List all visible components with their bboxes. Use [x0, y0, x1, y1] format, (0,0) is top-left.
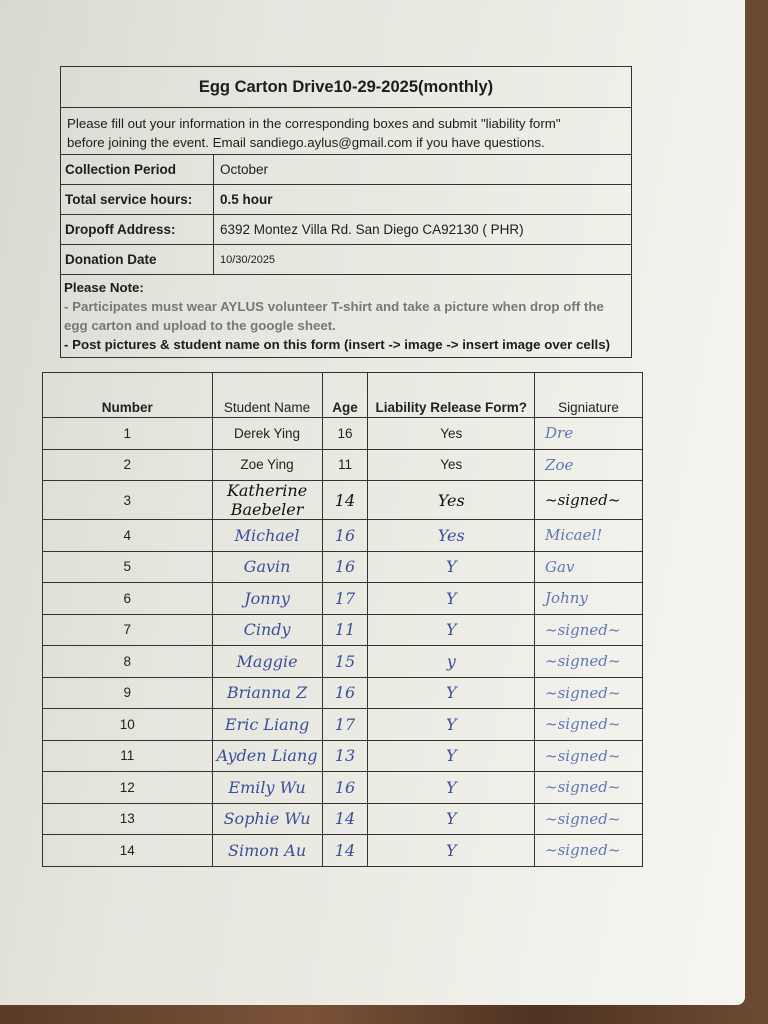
note-item-2: - Post pictures & student name on this f… [64, 335, 627, 354]
row-number: 4 [43, 520, 213, 552]
student-name: Katherine Baebeler [212, 481, 322, 520]
table-row: 9Brianna Z16Y~signed~ [43, 677, 643, 709]
student-age: 14 [322, 803, 368, 835]
table-row: 11Ayden Liang13Y~signed~ [43, 740, 643, 772]
student-age: 11 [322, 449, 368, 481]
table-row: 10Eric Liang17Y~signed~ [43, 709, 643, 741]
signature: Gav [535, 551, 643, 583]
signature: ~signed~ [535, 709, 643, 741]
student-name: Zoe Ying [212, 449, 322, 481]
table-row: 4Michael16YesMicael! [43, 520, 643, 552]
student-name: Michael [212, 520, 322, 552]
table-row: 5Gavin16YGav [43, 551, 643, 583]
student-name: Sophie Wu [212, 803, 322, 835]
please-note-section: Please Note: - Participates must wear AY… [60, 275, 632, 358]
signature: Johny [535, 583, 643, 615]
liability-form-status: Y [368, 740, 535, 772]
header-age: Age [322, 373, 368, 418]
liability-form-status: Y [368, 551, 535, 583]
signature: ~signed~ [535, 772, 643, 804]
liability-form-status: y [368, 646, 535, 678]
student-age: 11 [322, 614, 368, 646]
field-service-hours: Total service hours: 0.5 hour [60, 185, 632, 215]
instructions-line-1: Please fill out your information in the … [67, 114, 627, 133]
liability-form-status: Y [368, 772, 535, 804]
student-age: 13 [322, 740, 368, 772]
field-value: 6392 Montez Villa Rd. San Diego CA92130 … [214, 222, 524, 237]
student-age: 14 [322, 835, 368, 867]
header-liability: Liability Release Form? [368, 373, 535, 418]
field-collection-period: Collection Period October [60, 155, 632, 185]
signup-form: Egg Carton Drive10-29-2025(monthly) Plea… [60, 66, 632, 358]
signature: ~signed~ [535, 677, 643, 709]
student-age: 17 [322, 583, 368, 615]
table-row: 3Katherine Baebeler14Yes~signed~ [43, 481, 643, 520]
table-row: 7Cindy11Y~signed~ [43, 614, 643, 646]
row-number: 8 [43, 646, 213, 678]
liability-form-status: Y [368, 803, 535, 835]
student-age: 16 [322, 520, 368, 552]
signature: Dre [535, 418, 643, 450]
field-label: Collection Period [61, 155, 214, 184]
row-number: 3 [43, 481, 213, 520]
table-row: 12Emily Wu16Y~signed~ [43, 772, 643, 804]
field-label: Dropoff Address: [61, 215, 214, 244]
header-student-name: Student Name [212, 373, 322, 418]
note-item-1: - Participates must wear AYLUS volunteer… [64, 297, 627, 335]
field-value: 10/30/2025 [214, 254, 275, 266]
student-name: Eric Liang [212, 709, 322, 741]
table-header-row: Number Student Name Age Liability Releas… [43, 373, 643, 418]
signature: ~signed~ [535, 835, 643, 867]
student-name: Cindy [212, 614, 322, 646]
student-age: 15 [322, 646, 368, 678]
signature: ~signed~ [535, 614, 643, 646]
liability-form-status: Yes [368, 520, 535, 552]
signature: ~signed~ [535, 740, 643, 772]
liability-form-status: Yes [368, 418, 535, 450]
row-number: 14 [43, 835, 213, 867]
student-age: 16 [322, 551, 368, 583]
field-dropoff-address: Dropoff Address: 6392 Montez Villa Rd. S… [60, 215, 632, 245]
field-label: Donation Date [61, 245, 214, 274]
student-name: Jonny [212, 583, 322, 615]
student-age: 14 [322, 481, 368, 520]
liability-form-status: Y [368, 677, 535, 709]
liability-form-status: Y [368, 709, 535, 741]
row-number: 1 [43, 418, 213, 450]
liability-form-status: Y [368, 583, 535, 615]
student-name: Brianna Z [212, 677, 322, 709]
field-label: Total service hours: [61, 185, 214, 214]
student-name: Gavin [212, 551, 322, 583]
row-number: 10 [43, 709, 213, 741]
row-number: 11 [43, 740, 213, 772]
table-row: 14Simon Au14Y~signed~ [43, 835, 643, 867]
field-value: October [214, 162, 268, 177]
table-row: 1Derek Ying16YesDre [43, 418, 643, 450]
liability-form-status: Y [368, 835, 535, 867]
form-title: Egg Carton Drive10-29-2025(monthly) [60, 66, 632, 108]
header-number: Number [43, 373, 213, 418]
signature: ~signed~ [535, 481, 643, 520]
form-instructions: Please fill out your information in the … [60, 108, 632, 155]
student-name: Emily Wu [212, 772, 322, 804]
signature: ~signed~ [535, 803, 643, 835]
header-signature: Signiature [535, 373, 643, 418]
participants-table: Number Student Name Age Liability Releas… [42, 372, 643, 867]
table-row: 8Maggie15y~signed~ [43, 646, 643, 678]
liability-form-status: Y [368, 614, 535, 646]
instructions-line-2: before joining the event. Email sandiego… [67, 133, 627, 152]
student-age: 16 [322, 772, 368, 804]
student-age: 17 [322, 709, 368, 741]
signature: ~signed~ [535, 646, 643, 678]
liability-form-status: Yes [368, 449, 535, 481]
row-number: 12 [43, 772, 213, 804]
table-row: 6Jonny17YJohny [43, 583, 643, 615]
signature: Micael! [535, 520, 643, 552]
student-name: Derek Ying [212, 418, 322, 450]
field-value: 0.5 hour [214, 192, 273, 207]
row-number: 5 [43, 551, 213, 583]
field-donation-date: Donation Date 10/30/2025 [60, 245, 632, 275]
note-heading: Please Note: [64, 278, 627, 297]
row-number: 13 [43, 803, 213, 835]
student-name: Maggie [212, 646, 322, 678]
student-age: 16 [322, 418, 368, 450]
table-row: 13Sophie Wu14Y~signed~ [43, 803, 643, 835]
signature: Zoe [535, 449, 643, 481]
student-name: Simon Au [212, 835, 322, 867]
row-number: 6 [43, 583, 213, 615]
row-number: 9 [43, 677, 213, 709]
row-number: 7 [43, 614, 213, 646]
student-name: Ayden Liang [212, 740, 322, 772]
liability-form-status: Yes [368, 481, 535, 520]
student-age: 16 [322, 677, 368, 709]
table-row: 2Zoe Ying11YesZoe [43, 449, 643, 481]
row-number: 2 [43, 449, 213, 481]
